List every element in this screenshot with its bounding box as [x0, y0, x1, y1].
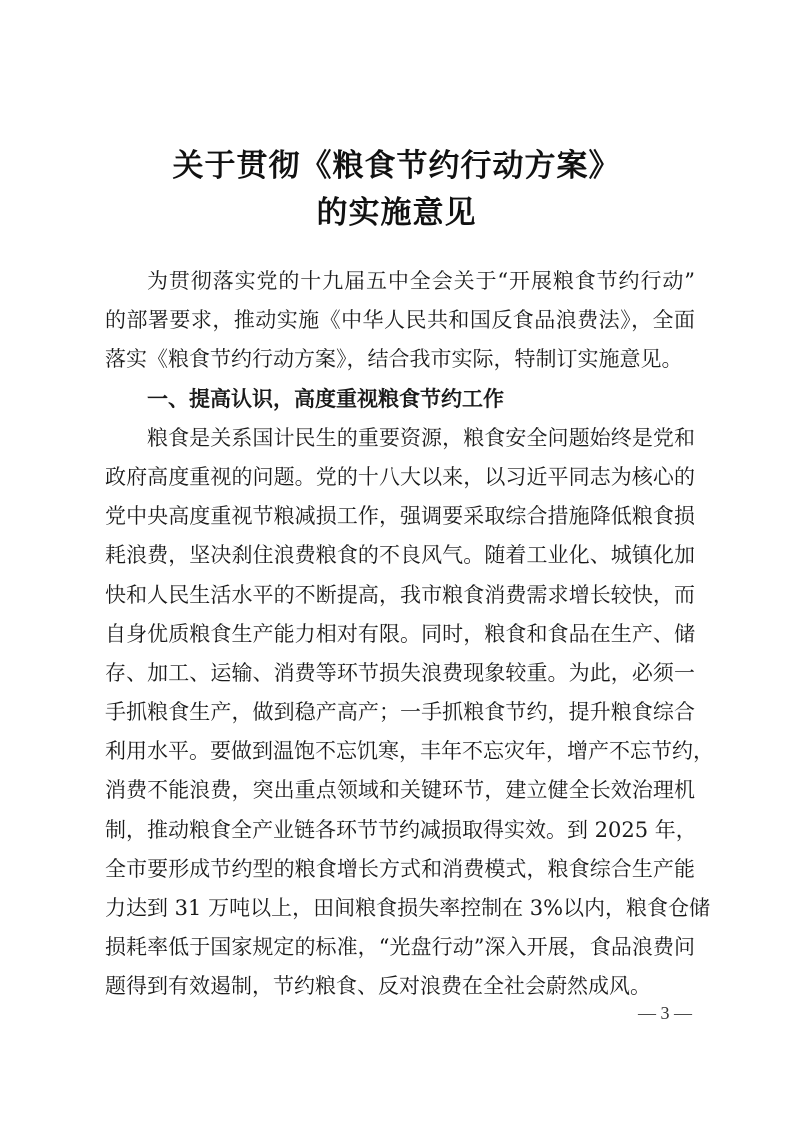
paragraph-line: 自身优质粮食生产能力相对有限。同时，粮食和食品在生产、储 [105, 615, 695, 654]
document-title-line-1: 关于贯彻《粮食节约行动方案》 [0, 140, 793, 185]
section-heading: 一、提高认识，高度重视粮食节约工作 [105, 380, 695, 419]
intro-line: 的部署要求，推动实施《中华人民共和国反食品浪费法》，全面 [105, 301, 695, 340]
paragraph-line: 存、加工、运输、消费等环节损失浪费现象较重。为此，必须一 [105, 654, 695, 693]
paragraph-line: 政府高度重视的问题。党的十八大以来，以习近平同志为核心的 [105, 458, 695, 497]
paragraph-line: 消费不能浪费，突出重点领域和关键环节，建立健全长效治理机 [105, 771, 695, 810]
paragraph-line: 制，推动粮食全产业链各环节节约减损取得实效。到 2025 年， [105, 811, 695, 850]
paragraph-line: 手抓粮食生产，做到稳产高产；一手抓粮食节约，提升粮食综合 [105, 693, 695, 732]
intro-line: 为贯彻落实党的十九届五中全会关于“开展粮食节约行动” [105, 262, 695, 301]
paragraph-line: 全市要形成节约型的粮食增长方式和消费模式，粮食综合生产能 [105, 850, 695, 889]
paragraph-line: 题得到有效遏制，节约粮食、反对浪费在全社会蔚然成风。 [105, 967, 695, 1006]
paragraph-line: 利用水平。要做到温饱不忘饥寒，丰年不忘灾年，增产不忘节约， [105, 732, 695, 771]
paragraph-line: 粮食是关系国计民生的重要资源，粮食安全问题始终是党和 [105, 419, 695, 458]
paragraph-line: 力达到 31 万吨以上，田间粮食损失率控制在 3%以内，粮食仓储 [105, 889, 695, 928]
page-number: — 3 — [638, 1003, 692, 1024]
paragraph-line: 党中央高度重视节粮减损工作，强调要采取综合措施降低粮食损 [105, 497, 695, 536]
document-body: 为贯彻落实党的十九届五中全会关于“开展粮食节约行动” 的部署要求，推动实施《中华… [105, 262, 695, 1007]
paragraph-line: 快和人民生活水平的不断提高，我市粮食消费需求增长较快，而 [105, 576, 695, 615]
document-title-line-2: 的实施意见 [0, 187, 793, 232]
paragraph-line: 耗浪费，坚决刹住浪费粮食的不良风气。随着工业化、城镇化加 [105, 536, 695, 575]
paragraph-line: 损耗率低于国家规定的标准，“光盘行动”深入开展，食品浪费问 [105, 928, 695, 967]
intro-line: 落实《粮食节约行动方案》，结合我市实际，特制订实施意见。 [105, 340, 695, 379]
